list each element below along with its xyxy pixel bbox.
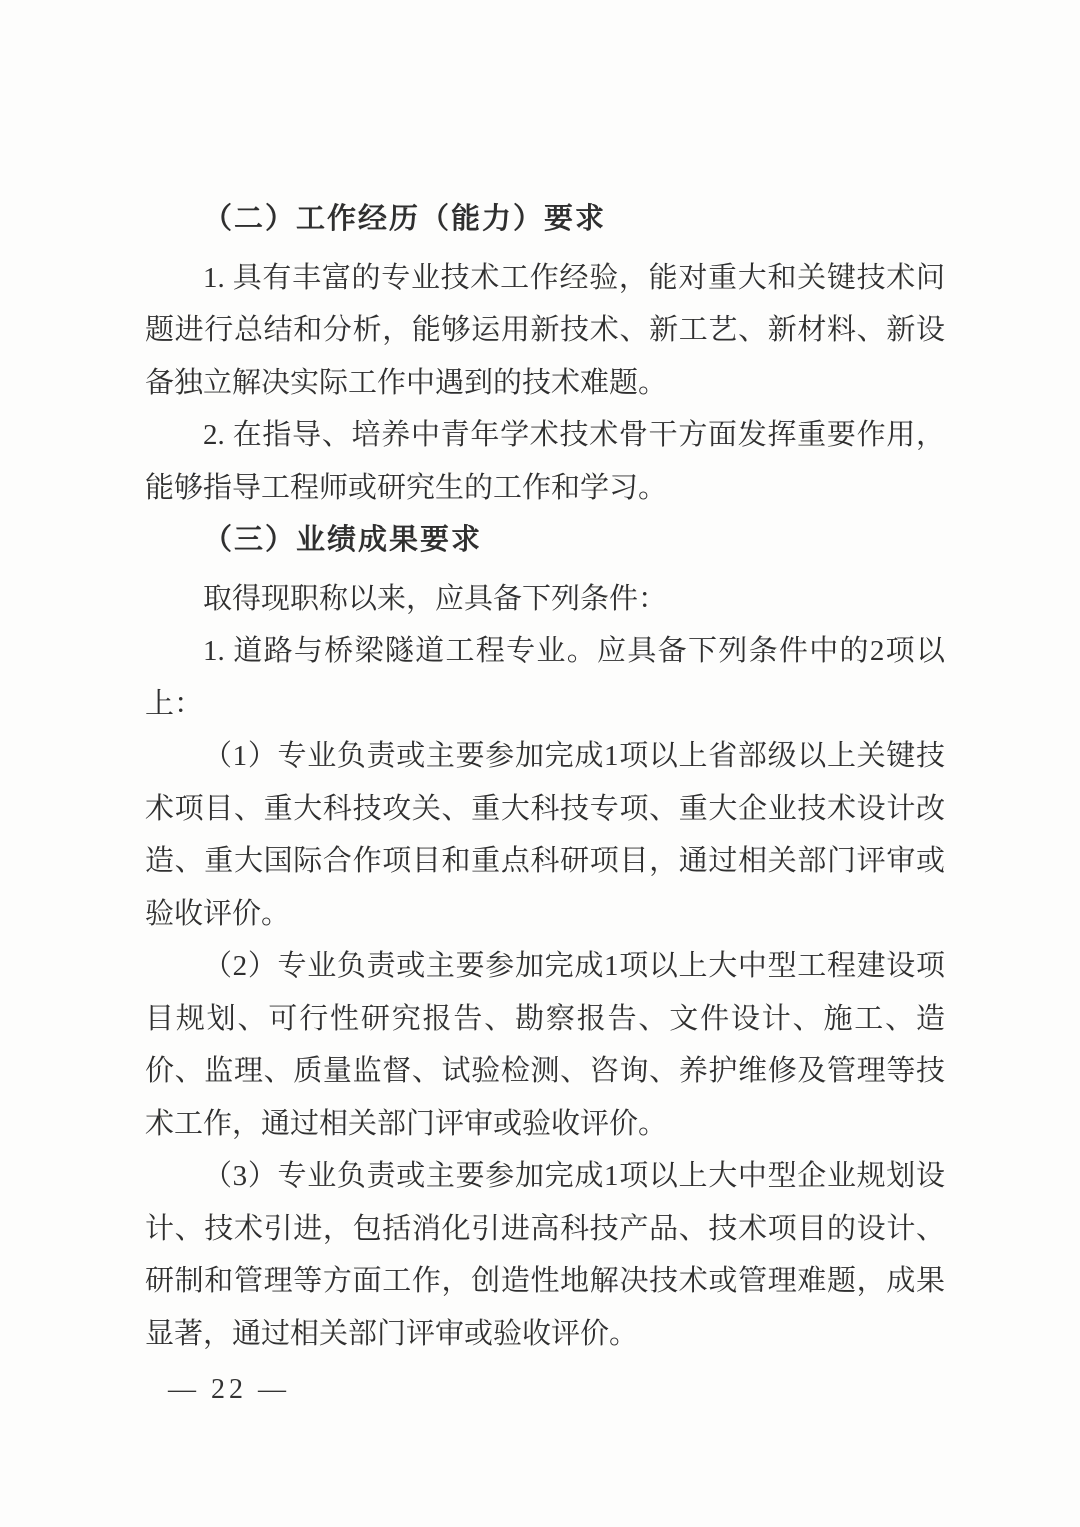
page-number: — 22 — [168, 1368, 290, 1412]
body-paragraph: （2）专业负责或主要参加完成1项以上大中型工程建设项目规划、可行性研究报告、勘察… [145, 940, 945, 1150]
document-page: （二）工作经历（能力）要求1. 具有丰富的专业技术工作经验，能对重大和关键技术问… [0, 0, 1080, 1527]
section-heading: （三）业绩成果要求 [145, 514, 945, 567]
body-paragraph: 1. 具有丰富的专业技术工作经验，能对重大和关键技术问题进行总结和分析，能够运用… [145, 252, 945, 410]
body-paragraph: （3）专业负责或主要参加完成1项以上大中型企业规划设计、技术引进，包括消化引进高… [145, 1150, 945, 1360]
body-paragraph: （1）专业负责或主要参加完成1项以上省部级以上关键技术项目、重大科技攻关、重大科… [145, 730, 945, 940]
body-paragraph: 1. 道路与桥梁隧道工程专业。应具备下列条件中的2项以上： [145, 625, 945, 730]
section-heading: （二）工作经历（能力）要求 [145, 193, 945, 246]
body-paragraph: 2. 在指导、培养中青年学术技术骨干方面发挥重要作用，能够指导工程师或研究生的工… [145, 409, 945, 514]
document-body: （二）工作经历（能力）要求1. 具有丰富的专业技术工作经验，能对重大和关键技术问… [145, 193, 945, 1360]
body-paragraph: 取得现职称以来，应具备下列条件： [145, 573, 945, 626]
